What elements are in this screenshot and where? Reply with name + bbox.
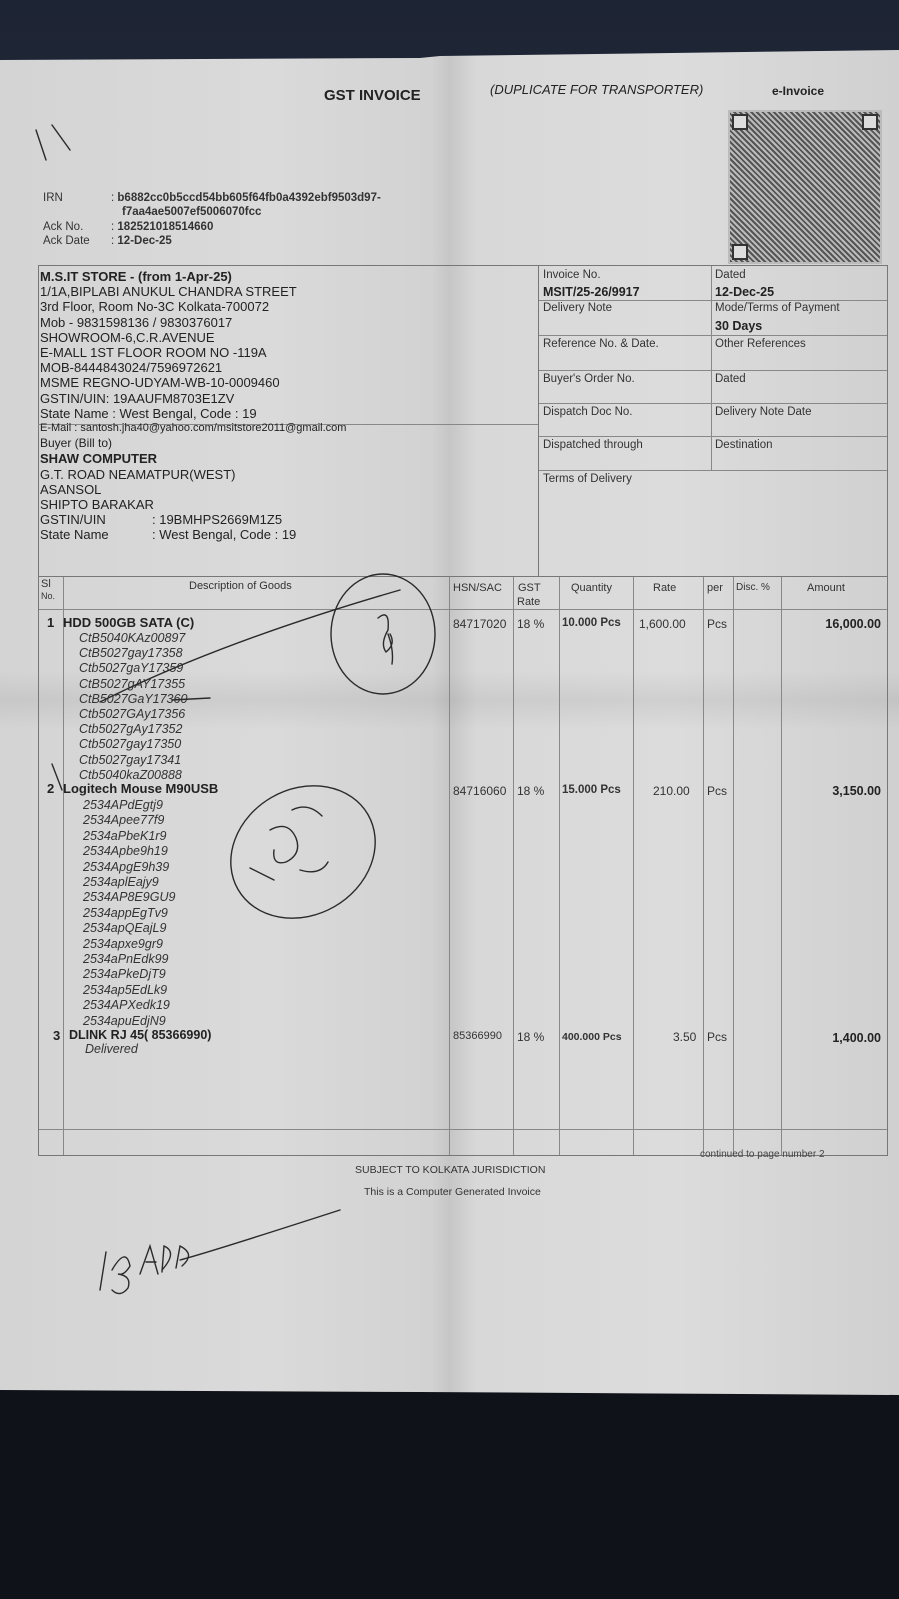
item-rate: 210.00 xyxy=(653,784,690,798)
ack-no-row: Ack No.: 182521018514660 xyxy=(43,221,213,233)
header-divider xyxy=(39,609,887,610)
item-hsn: 84717020 xyxy=(453,617,506,631)
col-divider xyxy=(559,577,560,1155)
tick-mark-icon xyxy=(52,125,70,150)
delivery-note-label: Delivery Note xyxy=(543,302,612,314)
col-divider xyxy=(63,577,64,1155)
buyer-line: ASANSOL xyxy=(40,482,346,497)
invoice-title: GST INVOICE xyxy=(324,87,421,104)
item-hsn: 85366990 xyxy=(453,1030,502,1042)
col-divider xyxy=(703,577,704,1155)
col-rate: Rate xyxy=(653,582,676,594)
item-gst: 18 % xyxy=(517,617,544,631)
buyer-label: Buyer (Bill to) xyxy=(40,436,346,451)
serial-number: Ctb5027gAy17352 xyxy=(79,722,182,736)
buyer-gstin-row: GSTIN/UIN: 19BMHPS2669M1Z5 xyxy=(40,512,346,527)
buyer-state-label: State Name xyxy=(40,527,152,542)
other-references-label: Other References xyxy=(715,338,806,350)
background-surface xyxy=(0,1390,899,1599)
item-name: HDD 500GB SATA (C) xyxy=(63,615,194,630)
serial-number: 2534ApgE9h39 xyxy=(83,860,169,874)
col-hsn: HSN/SAC xyxy=(453,582,502,594)
seller-state: State Name : West Bengal, Code : 19 xyxy=(40,406,346,421)
item-rate: 1,600.00 xyxy=(639,617,686,631)
grid-divider xyxy=(711,266,712,470)
seller-line: MSME REGNO-UDYAM-WB-10-0009460 xyxy=(40,375,346,390)
grid-divider xyxy=(539,436,887,437)
footer-divider xyxy=(39,1129,887,1130)
item-amount: 3,150.00 xyxy=(832,784,881,798)
grid-divider xyxy=(539,300,887,301)
col-per: per xyxy=(707,582,723,594)
ack-no-sep: : xyxy=(111,221,114,233)
item-per: Pcs xyxy=(707,784,727,798)
continued-note: continued to page number 2 xyxy=(700,1149,825,1160)
irn-value-1: b6882cc0b5ccd54bb605f64fb0a4392ebf9503d9… xyxy=(117,192,380,204)
col-gst-2: Rate xyxy=(517,596,540,608)
irn-row: IRN: b6882cc0b5ccd54bb605f64fb0a4392ebf9… xyxy=(43,192,381,204)
item-per: Pcs xyxy=(707,617,727,631)
col-disc: Disc. % xyxy=(736,582,770,593)
col-quantity: Quantity xyxy=(571,582,612,594)
col-divider xyxy=(781,577,782,1155)
invoice-no-label: Invoice No. xyxy=(543,269,601,281)
serial-number: CtB5027GaY17360 xyxy=(79,692,187,706)
ack-date-sep: : xyxy=(111,235,114,247)
ack-date-value: 12-Dec-25 xyxy=(117,235,171,247)
item-quantity: 400.000 Pcs xyxy=(562,1031,622,1043)
buyer-line: SHIPTO BARAKAR xyxy=(40,497,346,512)
payment-terms-label: Mode/Terms of Payment xyxy=(715,302,840,314)
dispatched-through-label: Dispatched through xyxy=(543,439,643,451)
serial-number: Ctb5027gay17350 xyxy=(79,737,181,751)
ack-no-label: Ack No. xyxy=(43,221,111,233)
item-per: Pcs xyxy=(707,1030,727,1044)
seller-line: 1/1A,BIPLABI ANUKUL CHANDRA STREET xyxy=(40,284,346,299)
seller-line: E-MALL 1ST FLOOR ROOM NO -119A xyxy=(40,345,346,360)
serial-number: Ctb5027gay17341 xyxy=(79,753,181,767)
payment-terms: 30 Days xyxy=(715,319,762,333)
buyer-name: SHAW COMPUTER xyxy=(40,451,346,466)
serial-number: 2534apQEajL9 xyxy=(83,921,166,935)
item-name: Logitech Mouse M90USB xyxy=(63,781,218,796)
item-amount: 16,000.00 xyxy=(825,617,881,631)
seller-line: Mob - 9831598136 / 9830376017 xyxy=(40,315,346,330)
item-sl: 2 xyxy=(47,781,54,796)
invoice-paper: GST INVOICE (DUPLICATE FOR TRANSPORTER) … xyxy=(0,50,899,1395)
serial-number: CtB5027gAY17355 xyxy=(79,677,185,691)
invoice-date: 12-Dec-25 xyxy=(715,285,774,299)
irn-label: IRN xyxy=(43,192,111,204)
destination-label: Destination xyxy=(715,439,773,451)
seller-name: M.S.IT STORE - (from 1-Apr-25) xyxy=(40,269,346,284)
buyers-order-dated-label: Dated xyxy=(715,373,746,385)
qr-finder-icon xyxy=(732,244,748,260)
buyer-state: : West Bengal, Code : 19 xyxy=(152,527,296,542)
serial-number: 2534AP8E9GU9 xyxy=(83,890,175,904)
serial-number: 2534apxe9gr9 xyxy=(83,937,163,951)
ack-date-label: Ack Date xyxy=(43,235,111,247)
col-gst-1: GST xyxy=(518,582,541,594)
serial-number: 2534aplEajy9 xyxy=(83,875,159,889)
goods-table: Sl No. Description of Goods HSN/SAC GST … xyxy=(38,576,888,1156)
terms-of-delivery-label: Terms of Delivery xyxy=(543,473,632,485)
serial-number: 2534apuEdjN9 xyxy=(83,1014,166,1028)
item-gst: 18 % xyxy=(517,784,544,798)
einvoice-label: e-Invoice xyxy=(772,84,824,98)
item-quantity: 10.000 Pcs xyxy=(562,617,621,629)
serial-number: CtB5027gay17358 xyxy=(79,646,183,660)
item-sl: 1 xyxy=(47,615,54,630)
serial-number: 2534Apee77f9 xyxy=(83,813,164,827)
irn-sep: : xyxy=(111,192,114,204)
col-sl-1: Sl xyxy=(41,578,51,590)
reference-label: Reference No. & Date. xyxy=(543,338,659,350)
item-rate: 3.50 xyxy=(673,1030,696,1044)
serial-number: Ctb5040kaZ00888 xyxy=(79,768,182,782)
col-amount: Amount xyxy=(807,582,845,594)
col-description: Description of Goods xyxy=(189,580,292,592)
serial-number: 2534appEgTv9 xyxy=(83,906,168,920)
buyer-gstin-label: GSTIN/UIN xyxy=(40,512,152,527)
col-sl-2: No. xyxy=(41,591,55,601)
item-sl: 3 xyxy=(53,1028,60,1043)
buyer-line: G.T. ROAD NEAMATPUR(WEST) xyxy=(40,467,346,482)
ack-no-value: 182521018514660 xyxy=(117,221,213,233)
item-hsn: 84716060 xyxy=(453,784,506,798)
grid-divider xyxy=(539,403,887,404)
col-divider xyxy=(633,577,634,1155)
tick-mark-icon xyxy=(36,130,46,160)
serial-number: Ctb5027gaY17359 xyxy=(79,661,183,675)
seller-line: 3rd Floor, Room No-3C Kolkata-700072 xyxy=(40,299,346,314)
serial-number: 2534ap5EdLk9 xyxy=(83,983,167,997)
serial-number: 2534aPbeK1r9 xyxy=(83,829,166,843)
invoice-details-grid: Invoice No. MSIT/25-26/9917 Delivery Not… xyxy=(538,265,888,577)
seller-gstin: GSTIN/UIN: 19AAUFM8703E1ZV xyxy=(40,391,346,406)
dispatch-doc-label: Dispatch Doc No. xyxy=(543,406,632,418)
col-divider xyxy=(449,577,450,1155)
serial-number: 2534APXedk19 xyxy=(83,998,170,1012)
seller-line: SHOWROOM-6,C.R.AVENUE xyxy=(40,330,346,345)
ack-date-row: Ack Date: 12-Dec-25 xyxy=(43,235,172,247)
seller-line: MOB-8444843024/7596972621 xyxy=(40,360,346,375)
seller-email: E-Mail : santosh.jha40@yahoo.com/msitsto… xyxy=(40,421,346,436)
grid-divider xyxy=(539,470,887,471)
buyer-gstin: : 19BMHPS2669M1Z5 xyxy=(152,512,282,527)
item-name: DLINK RJ 45( 85366990) xyxy=(69,1028,211,1042)
computer-generated-note: This is a Computer Generated Invoice xyxy=(364,1186,541,1198)
jurisdiction-note: SUBJECT TO KOLKATA JURISDICTION xyxy=(355,1164,545,1176)
delivery-note-date-label: Delivery Note Date xyxy=(715,406,812,418)
buyers-order-label: Buyer's Order No. xyxy=(543,373,635,385)
serial-number: Ctb5027GAy17356 xyxy=(79,707,185,721)
item-amount: 1,400.00 xyxy=(832,1031,881,1045)
irn-value-2: f7aa4ae5007ef5006070fcc xyxy=(122,206,261,218)
copy-label: (DUPLICATE FOR TRANSPORTER) xyxy=(490,82,703,97)
dated-label: Dated xyxy=(715,269,746,281)
grid-divider xyxy=(539,370,887,371)
serial-number: 2534aPnEdk99 xyxy=(83,952,169,966)
serial-number: 2534APdEgtj9 xyxy=(83,798,163,812)
serial-number: CtB5040KAz00897 xyxy=(79,631,185,645)
item-note: Delivered xyxy=(85,1042,138,1056)
item-quantity: 15.000 Pcs xyxy=(562,784,621,796)
item-gst: 18 % xyxy=(517,1030,544,1044)
col-divider xyxy=(733,577,734,1155)
qr-code-icon xyxy=(728,110,882,264)
serial-number: 2534aPkeDjT9 xyxy=(83,967,166,981)
buyer-state-row: State Name: West Bengal, Code : 19 xyxy=(40,527,346,542)
serial-number: 2534Apbe9h19 xyxy=(83,844,168,858)
grid-divider xyxy=(539,335,887,336)
irn-row-2: f7aa4ae5007ef5006070fcc xyxy=(122,206,261,218)
col-divider xyxy=(513,577,514,1155)
invoice-no: MSIT/25-26/9917 xyxy=(543,285,640,299)
seller-block: M.S.IT STORE - (from 1-Apr-25) 1/1A,BIPL… xyxy=(40,269,346,543)
